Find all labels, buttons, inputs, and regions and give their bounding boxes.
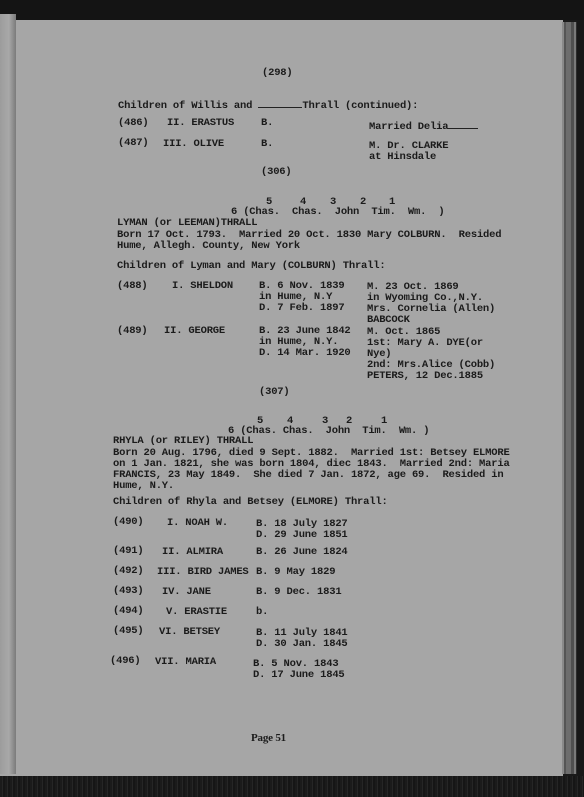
heading-suffix: Thrall (continued):: [302, 100, 418, 112]
person-name: LYMAN (or LEEMAN)THRALL: [117, 217, 257, 229]
child-id: (487): [118, 137, 149, 149]
bio-line: Hume, N.Y.: [113, 480, 174, 492]
child-id: (492): [113, 565, 144, 577]
child-name: V. ERASTIE: [166, 606, 227, 618]
child-note: Married Delia: [369, 118, 478, 133]
page-stack-edge: [562, 22, 577, 774]
children-heading: Children of Lyman and Mary (COLBURN) Thr…: [117, 260, 385, 272]
child-name: VI. BETSEY: [159, 626, 220, 638]
child-name: III. BIRD JAMES: [157, 566, 249, 578]
blank-underline: [258, 97, 302, 108]
child-note-text: Married Delia: [369, 121, 448, 133]
child-id: (488): [117, 280, 148, 292]
page-binding-shadow: [0, 14, 16, 774]
child-note: at Hinsdale: [369, 151, 436, 163]
child-id: (494): [113, 605, 144, 617]
child-date: b.: [256, 606, 268, 618]
blank-underline: [448, 118, 478, 129]
child-note: PETERS, 12 Dec.1885: [367, 370, 483, 382]
child-id: (491): [113, 545, 144, 557]
child-name: II. GEORGE: [164, 325, 225, 337]
child-id: (496): [110, 655, 141, 667]
child-id: (486): [118, 117, 149, 129]
child-date: D. 30 Jan. 1845: [256, 638, 348, 650]
page-number: Page 51: [251, 732, 286, 744]
child-date: B. 9 Dec. 1831: [256, 586, 341, 598]
child-name: II. ALMIRA: [162, 546, 223, 558]
child-date: D. 17 June 1845: [253, 669, 345, 681]
child-date: D. 7 Feb. 1897: [259, 302, 344, 314]
child-date: D. 29 June 1851: [256, 529, 348, 541]
child-note: BABCOCK: [367, 314, 410, 326]
child-name: I. NOAH W.: [167, 517, 228, 529]
scan-top-edge: [0, 0, 584, 20]
section-298-heading: Children of Willis and Thrall (continued…: [118, 97, 418, 112]
lineage-names: 6 (Chas. Chas. John Tim. Wm. ): [228, 425, 429, 437]
child-id: (489): [117, 325, 148, 337]
child-birth: B.: [261, 117, 273, 129]
person-name: RHYLA (or RILEY) THRALL: [113, 435, 253, 447]
child-birth: B.: [261, 138, 273, 150]
child-name: VII. MARIA: [155, 656, 216, 668]
child-name: I. SHELDON: [172, 280, 233, 292]
child-id: (493): [113, 585, 144, 597]
child-date: D. 14 Mar. 1920: [259, 347, 351, 359]
section-ref-307: (307): [259, 386, 290, 398]
scan-bottom-edge: [0, 776, 584, 797]
child-date: B. 26 June 1824: [256, 546, 348, 558]
lineage-names: 6 (Chas. Chas. John Tim. Wm. ): [231, 206, 445, 218]
child-id: (495): [113, 625, 144, 637]
child-name: IV. JANE: [162, 586, 211, 598]
children-heading: Children of Rhyla and Betsey (ELMORE) Th…: [113, 496, 388, 508]
section-ref-298: (298): [262, 67, 293, 79]
heading-prefix: Children of Willis and: [118, 100, 252, 112]
child-name: III. OLIVE: [163, 138, 224, 150]
child-name: II. ERASTUS: [167, 117, 234, 129]
child-date: B. 9 May 1829: [256, 566, 335, 578]
scan-right-edge: [577, 20, 584, 777]
bio-line: Hume, Allegh. County, New York: [117, 240, 300, 252]
section-ref-306: (306): [261, 166, 292, 178]
child-id: (490): [113, 516, 144, 528]
